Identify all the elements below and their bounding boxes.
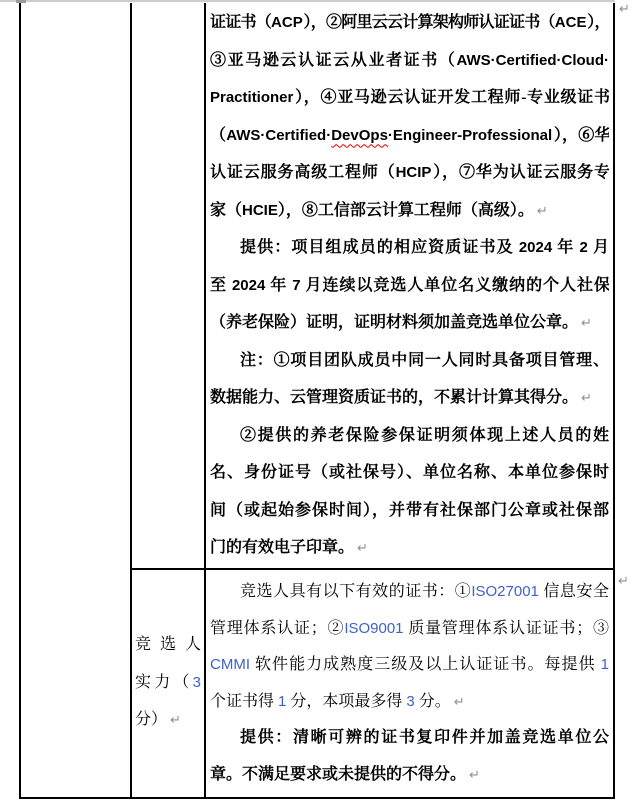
text-segment: 至 xyxy=(210,277,232,294)
row-end-mark-icon: ↵ xyxy=(618,574,629,587)
text-line: 个证书得 1 分，本项最多得 3 分。↵ xyxy=(210,684,609,721)
evaluation-criteria-table: 证证书（ACP），②阿里云云计算架构师认证证书（ACE），③亚马逊云认证云从业者… xyxy=(19,3,615,799)
text-segment: ②提供的养老保险参保证明须体现上述人员的姓 xyxy=(240,427,609,444)
text-segment: Practitioner xyxy=(210,89,293,106)
text-segment: 3 xyxy=(406,693,414,710)
text-segment: （ xyxy=(210,127,226,144)
text-segment: CMMI xyxy=(210,656,250,673)
text-line: 章。不满足要求或未提供的不得分。↵ xyxy=(210,757,609,794)
text-line: 竞选人 xyxy=(135,626,201,664)
text-line: 数据能力、云管理资质证书的，不累计计算其得分。↵ xyxy=(210,379,609,417)
text-line: 认证云服务高级工程师（HCIP），⑦华为认证云服务专 xyxy=(210,154,609,192)
text-segment: 数据能力、云管理资质证书的，不累计计算其得分。 xyxy=(210,389,578,406)
text-segment: 分） xyxy=(135,711,167,728)
text-line: 间（或起始参保时间），并带有社保部门公章或社保部 xyxy=(210,492,609,530)
text-segment: 信息安全 xyxy=(539,583,609,600)
text-line: ③亚马逊云认证云从业者证书（AWS·Certified·Cloud· xyxy=(210,42,609,80)
text-line: 提供：项目组成员的相应资质证书及 2024 年 2 月 xyxy=(210,229,609,267)
text-segment: 月连续以竞选人单位名义缴纳的个人社保 xyxy=(301,277,609,294)
text-segment: 认证云服务高级工程师（ xyxy=(210,164,396,181)
text-line: 名、身份证号（或社保号）、单位名称、本单位参保时 xyxy=(210,454,609,492)
text-segment: 提供：清晰可辨的证书复印件并加盖竞选单位公 xyxy=(240,729,609,746)
text-segment: （养老保险）证明，证明材料须加盖竞选单位公章。 xyxy=(210,314,578,331)
text-segment: 1 xyxy=(601,656,609,673)
text-segment: 名、身份证号（或社保号）、单位名称、本单位参保时 xyxy=(210,464,609,481)
text-segment: ISO27001 xyxy=(471,583,539,600)
text-segment: 注：①项目团队成员中同一人同时具备项目管理、 xyxy=(240,352,609,369)
text-segment: 年 xyxy=(265,277,292,294)
text-segment: AWS·Certified· xyxy=(226,127,331,144)
text-segment: 竞选人 xyxy=(135,636,201,653)
paragraph-mark-icon: ↵ xyxy=(537,203,548,218)
text-segment: 章。不满足要求或未提供的不得分。 xyxy=(210,766,466,783)
text-segment: ），②阿里云云计算架构师认证证书（ xyxy=(303,14,555,31)
text-segment: ），④亚马逊云认证开发工程师-专业级证书 xyxy=(293,89,609,106)
text-segment: 管理体系认证；② xyxy=(210,620,344,637)
text-segment: 分。 xyxy=(415,693,451,710)
text-segment: 证证书（ xyxy=(210,14,271,31)
text-segment: 家（ xyxy=(210,202,242,219)
text-line: 家（HCIE），⑧工信部云计算工程师（高级）。↵ xyxy=(210,192,609,230)
text-segment: 分，本项最多得 xyxy=(286,693,406,710)
text-segment: 门的有效电子印章。 xyxy=(210,539,354,556)
paragraph-mark-icon: ↵ xyxy=(170,712,181,727)
text-segment: 2024 xyxy=(519,239,552,256)
text-segment: 软件能力成熟度三级及以上认证证书。每提供 xyxy=(250,656,601,673)
row-end-mark-icon: ↵ xyxy=(619,2,630,15)
text-line: 证证书（ACP），②阿里云云计算架构师认证证书（ACE）， xyxy=(210,4,609,42)
text-segment: AWS·Certified·Cloud· xyxy=(457,52,609,69)
text-line: 注：①项目团队成员中同一人同时具备项目管理、 xyxy=(210,342,609,380)
row1-label-cell-empty xyxy=(132,3,206,570)
text-segment: ）， xyxy=(586,14,609,31)
text-line: 实力（3 xyxy=(135,664,201,702)
text-segment: 质量管理体系认证证书；③ xyxy=(404,620,609,637)
text-segment: ACP xyxy=(271,14,303,31)
text-segment: ISO9001 xyxy=(344,620,403,637)
text-line: ②提供的养老保险参保证明须体现上述人员的姓 xyxy=(210,417,609,455)
paragraph-mark-icon: ↵ xyxy=(357,540,368,555)
text-line: Practitioner），④亚马逊云认证开发工程师-专业级证书 xyxy=(210,79,609,117)
text-segment: 提供：项目组成员的相应资质证书及 xyxy=(240,239,519,256)
text-line: 至 2024 年 7 月连续以竞选人单位名义缴纳的个人社保 xyxy=(210,267,609,305)
text-segment: 个证书得 xyxy=(210,693,278,710)
text-segment: 年 xyxy=(552,239,579,256)
text-line: CMMI 软件能力成熟度三级及以上认证证书。每提供 1 xyxy=(210,647,609,684)
text-segment: 月 xyxy=(588,239,609,256)
text-line: （AWS·Certified·DevOps·Engineer-Professio… xyxy=(210,117,609,155)
text-line: 提供：清晰可辨的证书复印件并加盖竞选单位公 xyxy=(210,720,609,757)
document-page: 证证书（ACP），②阿里云云计算架构师认证证书（ACE），③亚马逊云认证云从业者… xyxy=(0,0,632,803)
paragraph-mark-icon: ↵ xyxy=(581,390,592,405)
text-line: （养老保险）证明，证明材料须加盖竞选单位公章。↵ xyxy=(210,304,609,342)
text-line: 门的有效电子印章。↵ xyxy=(210,529,609,567)
text-segment: 7 xyxy=(292,277,300,294)
text-segment: ），⑦华为认证云服务专 xyxy=(431,164,609,181)
text-segment: HCIP xyxy=(396,164,432,181)
text-segment: 竞选人具有以下有效的证书：① xyxy=(240,583,471,600)
text-segment: 间（或起始参保时间），并带有社保部门公章或社保部 xyxy=(210,502,609,519)
paragraph-mark-icon: ↵ xyxy=(469,767,480,782)
text-segment: 2024 xyxy=(232,277,265,294)
row2-label-cell: 竞选人实力（3分）↵ xyxy=(132,570,206,797)
text-segment: ·Engineer-Professional xyxy=(388,127,552,144)
page-top-divider xyxy=(0,0,615,2)
text-line: 分）↵ xyxy=(135,701,201,739)
paragraph-mark-icon: ↵ xyxy=(454,694,465,709)
text-segment: ），⑧工信部云计算工程师（高级）。 xyxy=(278,202,534,219)
text-segment: ACE xyxy=(555,14,587,31)
text-line: 管理体系认证；②ISO9001 质量管理体系认证证书；③ xyxy=(210,611,609,648)
text-segment: ③亚马逊云认证云从业者证书（ xyxy=(210,52,457,69)
merged-left-cell xyxy=(21,3,132,797)
text-segment: HCIE xyxy=(242,202,278,219)
text-segment: 2 xyxy=(580,239,588,256)
text-segment: 实力（ xyxy=(135,674,193,691)
paragraph-mark-icon: ↵ xyxy=(581,315,592,330)
spellcheck-flagged-text: DevOps xyxy=(331,127,388,144)
text-line: 竞选人具有以下有效的证书：①ISO27001 信息安全 xyxy=(210,574,609,611)
row1-content-cell: 证证书（ACP），②阿里云云计算架构师认证证书（ACE），③亚马逊云认证云从业者… xyxy=(206,3,613,570)
row2-content-cell: 竞选人具有以下有效的证书：①ISO27001 信息安全管理体系认证；②ISO90… xyxy=(206,570,613,797)
text-segment: 3 xyxy=(193,674,201,691)
